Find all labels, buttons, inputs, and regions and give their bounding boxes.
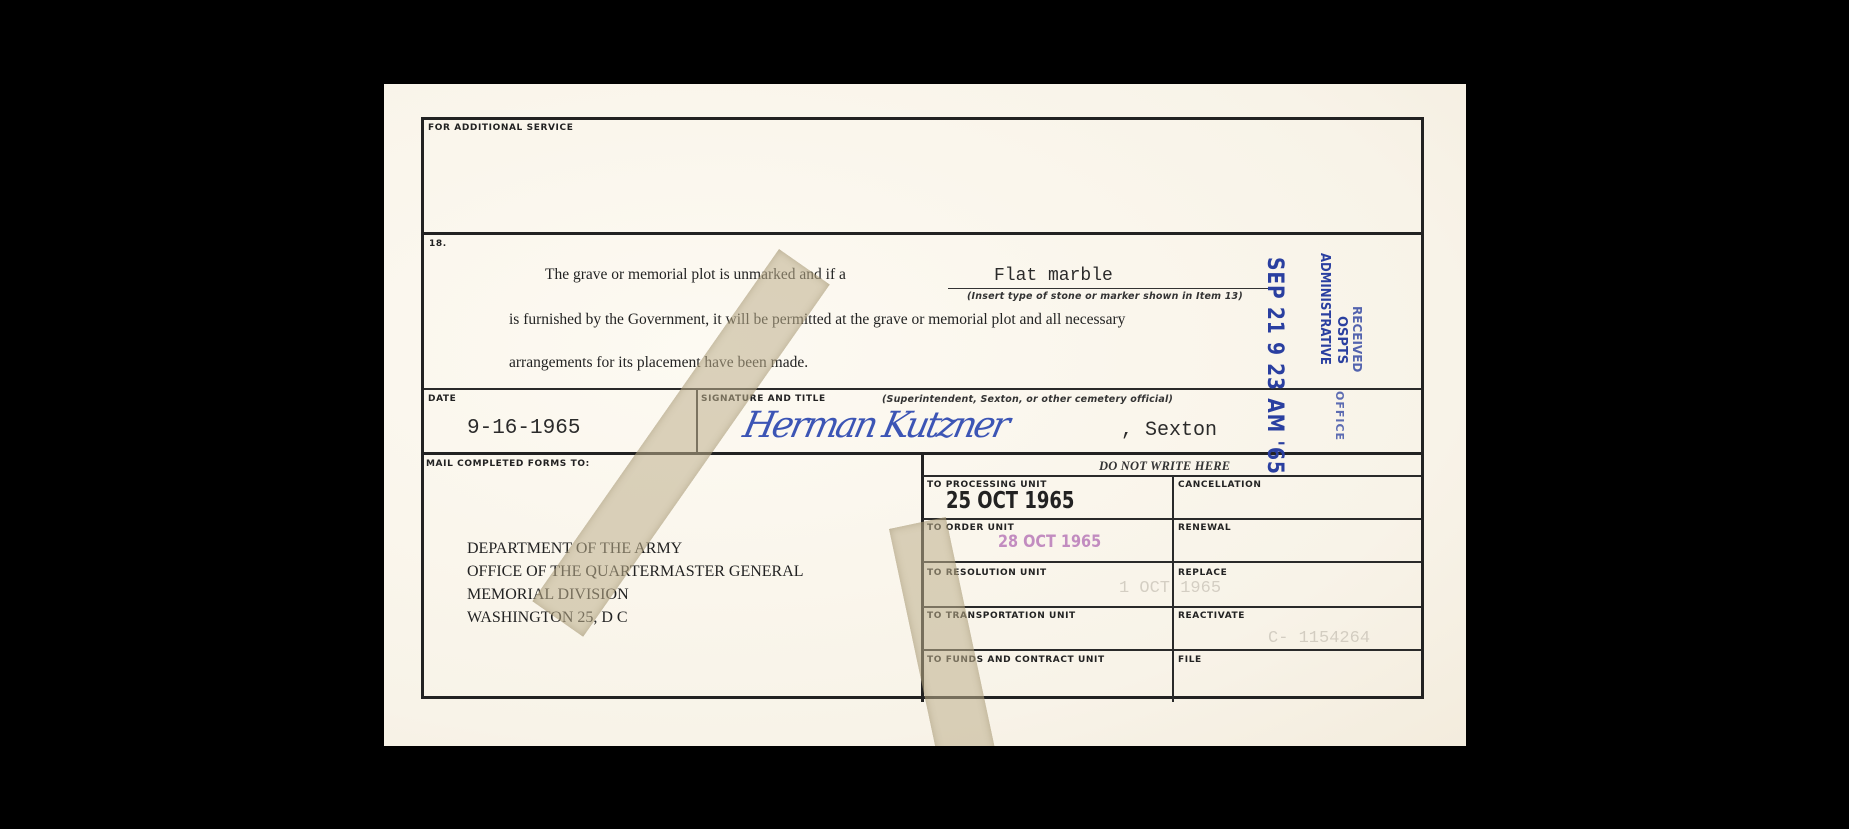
additional-service-label: FOR ADDITIONAL SERVICE — [428, 123, 573, 133]
divider — [923, 649, 1421, 651]
marker-type-note: (Insert type of stone or marker shown in… — [967, 291, 1243, 302]
item-18-line-2: is furnished by the Government, it will … — [509, 311, 1125, 329]
received-stamp-date: SEP 21 9 23 AM '65 — [1262, 257, 1287, 475]
processing-unit-stamp: 25 OCT 1965 — [946, 486, 1074, 514]
divider — [923, 518, 1421, 520]
order-unit-stamp: 28 OCT 1965 — [998, 532, 1101, 552]
address-line-2: OFFICE OF THE QUARTERMASTER GENERAL — [467, 560, 804, 583]
replace-label: REPLACE — [1178, 568, 1227, 578]
date-value: 9-16-1965 — [467, 417, 580, 440]
marker-type-value: Flat marble — [994, 266, 1113, 286]
received-stamp-line-3: RECEIVED — [1350, 306, 1364, 372]
signature-label-note: (Superintendent, Sexton, or other cemete… — [882, 394, 1173, 405]
divider — [923, 606, 1421, 608]
received-stamp-line-4: OFFICE — [1333, 391, 1346, 441]
address-line-3: MEMORIAL DIVISION — [467, 583, 804, 606]
memorial-form-card: 1 OCT 1965 C- 1154264 FOR ADDITIONAL SER… — [384, 84, 1466, 746]
divider — [923, 561, 1421, 563]
divider — [1172, 475, 1174, 702]
signature: Herman Kutzner — [740, 405, 1011, 446]
address-line-4: WASHINGTON 25, D C — [467, 606, 804, 629]
marker-type-underline — [948, 288, 1281, 289]
file-label: FILE — [1178, 655, 1202, 665]
mail-to-label: MAIL COMPLETED FORMS TO: — [426, 459, 590, 469]
reactivate-label: REACTIVATE — [1178, 611, 1245, 621]
office-use-header: DO NOT WRITE HERE — [1099, 459, 1230, 474]
date-label: DATE — [428, 394, 456, 404]
received-stamp-line-1: ADMINISTRATIVE — [1317, 253, 1332, 365]
received-stamp-line-2: OSPTS — [1334, 316, 1349, 364]
renewal-label: RENEWAL — [1178, 523, 1231, 533]
item-18-number: 18. — [429, 239, 447, 249]
divider — [424, 232, 1421, 235]
signer-title: , Sexton — [1121, 419, 1217, 442]
cancellation-label: CANCELLATION — [1178, 480, 1261, 490]
